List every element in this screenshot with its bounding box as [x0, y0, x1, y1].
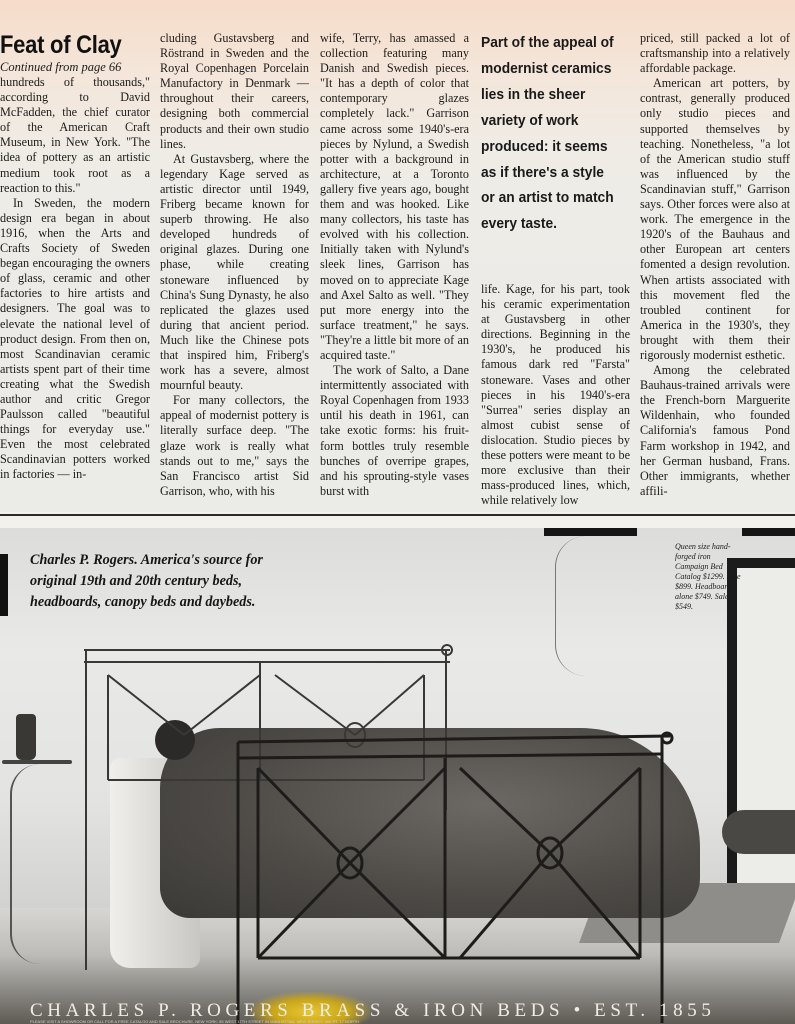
lamp-shade-image	[742, 528, 795, 536]
iron-footboard-image	[230, 728, 680, 1024]
product-price-caption: Queen size hand-forged iron Campaign Bed…	[675, 542, 745, 612]
ad-tagline: Charles P. Rogers. America's source for …	[30, 550, 300, 613]
article-paragraph: Among the celebrated Bauhaus-trained arr…	[640, 363, 790, 499]
lamp-shade-image	[544, 528, 637, 536]
article-paragraph: For many collectors, the appeal of moder…	[160, 393, 309, 499]
article-paragraph: cluding Gustavsberg and Röstrand in Swed…	[160, 31, 309, 152]
brand-wordmark: CHARLES P. ROGERS BRASS & IRON BEDS • ES…	[30, 1000, 770, 1022]
article-paragraph: At Gustavsberg, where the legendary Kage…	[160, 152, 309, 394]
stool-image	[722, 810, 795, 854]
article-paragraph: life. Kage, for his part, took his ceram…	[481, 282, 630, 508]
article-column-4: life. Kage, for his part, took his ceram…	[481, 282, 630, 508]
brand-fine-print: PLEASE VISIT A SHOWROOM OR CALL FOR A FR…	[30, 1020, 770, 1024]
article-column-3: wife, Terry, has amassed a collection fe…	[320, 31, 469, 499]
article-paragraph: American art potters, by contrast, gener…	[640, 76, 790, 363]
side-table-leg-image	[10, 764, 42, 964]
article-column-1: Feat of Clay Continued from page 66 hund…	[0, 31, 150, 483]
article-headline: Feat of Clay	[0, 31, 132, 59]
vase-image	[16, 714, 36, 760]
article-paragraph: priced, still packed a lot of craftsmans…	[640, 31, 790, 76]
article-paragraph: wife, Terry, has amassed a collection fe…	[320, 31, 469, 363]
continued-from-note: Continued from page 66	[0, 59, 150, 75]
lamp-cord-image	[555, 536, 586, 676]
ad-photo-edge	[0, 554, 8, 616]
article-paragraph: hundreds of thousands," according to Dav…	[0, 75, 150, 196]
article-paragraph: The work of Salto, a Dane intermittently…	[320, 363, 469, 499]
section-divider	[0, 514, 795, 516]
article-paragraph: In Sweden, the modern design era began i…	[0, 196, 150, 483]
article-page: Feat of Clay Continued from page 66 hund…	[0, 0, 795, 512]
pull-quote: Part of the appeal of modernist ceramics…	[481, 30, 619, 237]
article-column-2: cluding Gustavsberg and Röstrand in Swed…	[160, 31, 309, 499]
article-column-5: priced, still packed a lot of craftsmans…	[640, 31, 790, 499]
advertisement: Charles P. Rogers. America's source for …	[0, 528, 795, 1024]
